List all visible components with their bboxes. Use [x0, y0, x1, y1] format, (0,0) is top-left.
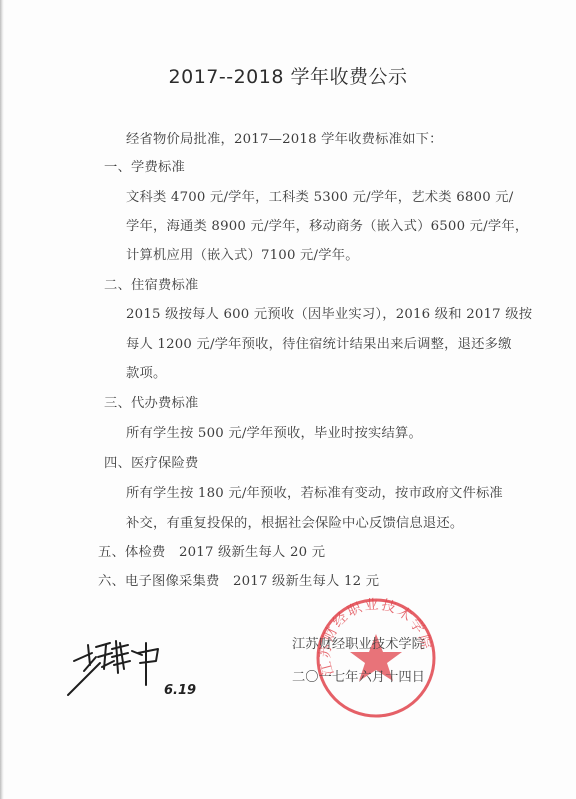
section-2-line: 每人 1200 元/学年预收，待住宿统计结果出来后调整，退还多缴	[126, 333, 512, 352]
section-5-heading: 五、体检费 2017 级新生每人 20 元	[98, 541, 325, 560]
issuer-school-name: 江苏财经职业技术学院	[292, 633, 425, 652]
scanned-document-page: 2017--2018 学年收费公示 经省物价局批准，2017—2018 学年收费…	[0, 0, 576, 799]
document-title: 2017--2018 学年收费公示	[0, 62, 576, 89]
section-2-line: 2015 级按每人 600 元预收（因毕业实习），2016 级和 2017 级按	[126, 303, 532, 322]
section-4-line: 所有学生按 180 元/年预收，若标准有变动，按市政府文件标准	[126, 482, 503, 501]
section-1-line: 文科类 4700 元/学年，工科类 5300 元/学年，艺术类 6800 元/	[126, 186, 513, 205]
section-1-line: 计算机应用（嵌入式）7100 元/学年。	[126, 244, 359, 263]
section-4-line: 补交，有重复投保的，根据社会保险中心反馈信息退还。	[126, 512, 463, 531]
handwritten-signature	[62, 625, 172, 710]
section-2-heading: 二、住宿费标准	[104, 274, 198, 293]
section-1-line: 学年，海通类 8900 元/学年，移动商务（嵌入式）6500 元/学年，	[126, 215, 528, 234]
section-6-heading: 六、电子图像采集费 2017 级新生每人 12 元	[98, 570, 379, 589]
scan-edge-shadow	[0, 0, 4, 799]
section-3-heading: 三、代办费标准	[104, 392, 198, 411]
section-2-line: 款项。	[126, 362, 167, 381]
issue-date: 二〇一七年六月十四日	[292, 666, 425, 685]
section-3-line: 所有学生按 500 元/学年预收，毕业时按实结算。	[126, 422, 422, 441]
intro-text: 经省物价局批准，2017—2018 学年收费标准如下：	[126, 128, 443, 147]
official-seal-stamp: 江苏财经职业技术学院	[314, 596, 438, 720]
section-1-heading: 一、学费标准	[104, 156, 185, 175]
section-4-heading: 四、医疗保险费	[104, 452, 198, 471]
signature-date: 6.19	[164, 683, 196, 698]
